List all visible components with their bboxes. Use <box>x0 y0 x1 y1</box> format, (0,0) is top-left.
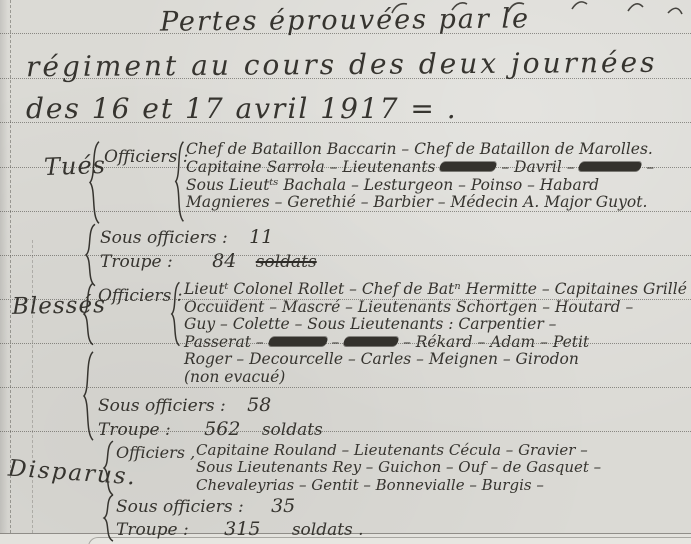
officer-names-line: Chef de Bataillon Baccarin – Chef de Bat… <box>186 141 691 159</box>
officer-names-disparus: Capitaine Rouland – Lieutenants Cécula –… <box>196 442 691 494</box>
handwritten-text: – Davril – <box>496 158 579 176</box>
troupe-unit-struck: soldats <box>256 252 317 272</box>
troupe-count: 84 <box>212 250 236 272</box>
ruled-line <box>0 387 691 388</box>
brace <box>102 440 116 496</box>
title-line-1: Pertes éprouvées par le <box>160 3 530 37</box>
sous-officiers-count: 58 <box>247 394 271 416</box>
handwritten-text: (non evacué) <box>184 368 285 386</box>
officer-names-tues: Chef de Bataillon Baccarin – Chef de Bat… <box>186 141 691 212</box>
handwritten-text: Sous Lieutenants Rey – Guichon – Ouf – d… <box>196 458 601 476</box>
troupe-line-blesses: Troupe : 562 soldats <box>98 418 323 440</box>
handwritten-text: – <box>327 333 345 351</box>
officer-names-line: Sous Lieutenants Rey – Guichon – Ouf – d… <box>196 459 691 476</box>
handwritten-text: Magnieres – Gerethié – Barbier – Médecin… <box>186 193 647 211</box>
officer-names-line: Passerat – – – Rékard – Adam – Petit <box>184 334 689 352</box>
troupe-unit: soldats . <box>292 520 364 540</box>
brace <box>82 282 96 346</box>
sous-officiers-label: Sous officiers : <box>98 396 226 416</box>
officer-names-line: Capitaine Rouland – Lieutenants Cécula –… <box>196 442 691 459</box>
handwritten-text: Chef de Bataillon Baccarin – Chef de Bat… <box>186 140 653 158</box>
officer-names-line: Roger – Decourcelle – Carles – Meignen –… <box>184 351 689 369</box>
handwritten-text: Sous Lieutᵗˢ Bachala – Lesturgeon – Poin… <box>186 176 599 194</box>
officer-names-line: Magnieres – Gerethié – Barbier – Médecin… <box>186 194 691 212</box>
title-line-2: régiment au cours des deux journées <box>26 46 658 83</box>
handwritten-text: Lieutᵗ Colonel Rollet – Chef de Batⁿ Her… <box>184 280 687 298</box>
troupe-unit: soldats <box>262 420 323 440</box>
sous-officiers-count: 11 <box>249 226 273 248</box>
troupe-count: 315 <box>224 518 260 540</box>
handwritten-text: Capitaine Sarrola – Lieutenants <box>186 158 440 176</box>
brace <box>102 494 116 542</box>
sous-officiers-label: Sous officiers : <box>116 497 244 517</box>
handwritten-text: Chevaleyrias – Gentit – Bonnevialle – Bu… <box>196 476 544 494</box>
brace <box>84 223 98 287</box>
handwritten-text: Capitaine Rouland – Lieutenants Cécula –… <box>196 441 588 459</box>
officer-names-line: Capitaine Sarrola – Lieutenants – Davril… <box>186 159 691 177</box>
sous-officiers-line-disparus: Sous officiers : 35 <box>116 495 295 517</box>
officer-names-line: Guy – Colette – Sous Lieutenants : Carpe… <box>184 316 689 334</box>
crossed-out-name <box>578 162 643 171</box>
crossed-out-name <box>267 337 328 346</box>
brace <box>174 140 186 223</box>
handwritten-text: Passerat – <box>184 333 269 351</box>
handwritten-text: Guy – Colette – Sous Lieutenants : Carpe… <box>184 315 556 333</box>
sous-officiers-count: 35 <box>271 495 295 517</box>
handwritten-text: Roger – Decourcelle – Carles – Meignen –… <box>184 350 579 368</box>
margin-line-secondary <box>32 240 33 533</box>
troupe-line-disparus: Troupe : 315 soldats . <box>116 518 364 540</box>
troupe-line-tues: Troupe : 84 soldats <box>100 250 317 272</box>
troupe-label: Troupe : <box>116 520 189 540</box>
officer-names-blesses: Lieutᵗ Colonel Rollet – Chef de Batⁿ Her… <box>184 281 689 387</box>
officer-names-line: Chevaleyrias – Gentit – Bonnevialle – Bu… <box>196 477 691 494</box>
crossed-out-name <box>439 162 498 171</box>
officer-names-line: Lieutᵗ Colonel Rollet – Chef de Batⁿ Her… <box>184 281 689 299</box>
brace <box>82 350 96 442</box>
title-line-3: des 16 et 17 avril 1917 = . <box>26 92 458 125</box>
handwritten-text: – <box>641 158 654 176</box>
brace <box>170 281 182 347</box>
sous-officiers-label: Sous officiers : <box>100 228 228 248</box>
handwritten-text: – Rékard – Adam – Petit <box>398 333 589 351</box>
troupe-label: Troupe : <box>98 420 171 440</box>
sous-officiers-line-tues: Sous officiers : 11 <box>100 226 273 248</box>
officers-label-disparus: Officiers , <box>116 443 195 462</box>
sous-officiers-line-blesses: Sous officiers : 58 <box>98 394 271 416</box>
officer-names-line: Occuident – Mascré – Lieutenants Schortg… <box>184 299 689 317</box>
handwritten-text: Occuident – Mascré – Lieutenants Schortg… <box>184 298 633 316</box>
margin-line <box>10 0 11 533</box>
officer-names-line: Sous Lieutᵗˢ Bachala – Lesturgeon – Poin… <box>186 177 691 195</box>
scanned-document-page: Pertes éprouvées par le régiment au cour… <box>0 0 691 544</box>
crossed-out-name <box>343 337 400 346</box>
troupe-count: 562 <box>204 418 240 440</box>
troupe-label: Troupe : <box>100 252 173 272</box>
officer-names-line: (non evacué) <box>184 369 689 387</box>
brace <box>88 140 102 225</box>
